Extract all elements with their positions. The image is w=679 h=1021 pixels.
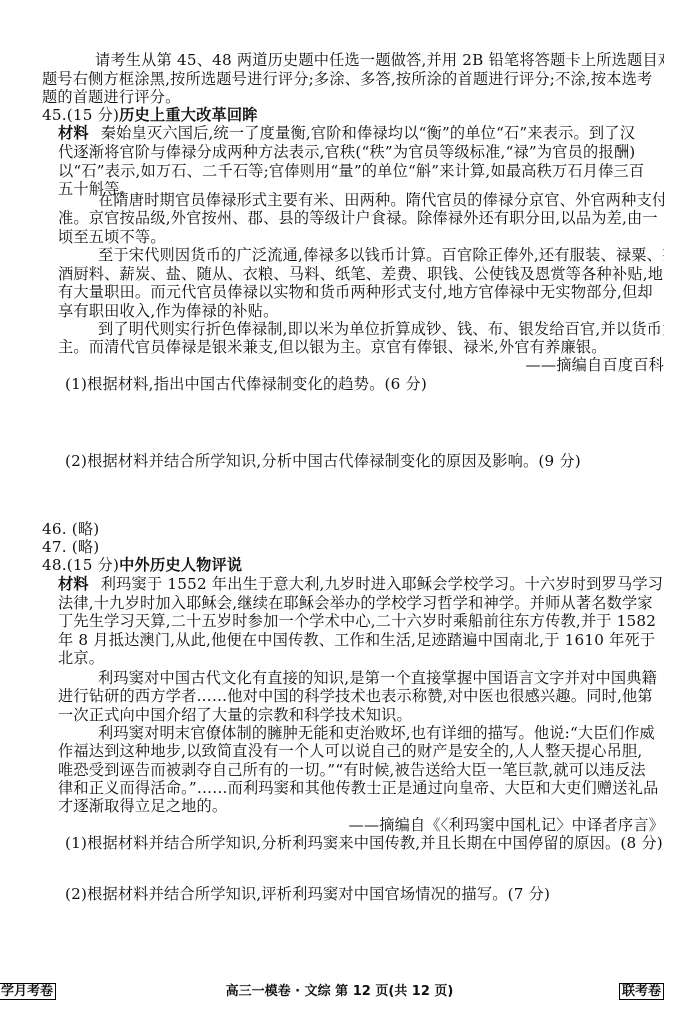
material-line: 准。京官按品级,外官按州、郡、县的等级计户食禄。除俸禄外还有职分田,以品为差,由… bbox=[58, 209, 664, 227]
question-title: 历史上重大改革回眸 bbox=[119, 106, 258, 124]
material-line: 主。而清代官员俸禄是银米兼支,但以银为主。京官有俸银、禄米,外官有养廉银。 bbox=[58, 338, 664, 356]
material-line: 才逐渐取得立足之地的。 bbox=[58, 797, 664, 815]
sub-question-1: (1)根据材料并结合所学知识,分析利玛窦来中国传教,并且长期在中国停留的原因。(… bbox=[65, 834, 664, 852]
material-line: 利玛窦对中国古代文化有直接的知识,是第一个直接掌握中国语言文字并对中国典籍 bbox=[98, 669, 664, 687]
material-line: 酒厨料、薪炭、盐、随从、衣粮、马料、纸笔、差费、职钱、公使钱及恩赏等各种补贴,地… bbox=[58, 265, 664, 283]
instructions-line: 请考生从第 45、48 两道历史题中任选一题做答,并用 2B 铅笔将答题卡上所选… bbox=[95, 51, 664, 69]
source-citation: ——摘编自《〈利玛窦中国札记〉中译者序言》 bbox=[42, 816, 664, 834]
material-line: 代逐渐将官阶与俸禄分成两种方法表示,官秩(“秩”为官员等级标准,“禄”为官员的报… bbox=[58, 143, 664, 161]
question-number: 45. bbox=[42, 106, 67, 124]
material-line: 法律,十九岁时加入耶稣会,继续在耶稣会举办的学校学习哲学和神学。并师从著名数学家 bbox=[58, 594, 664, 612]
right-badge-text: 联考卷 bbox=[619, 983, 664, 1000]
material-line: 丁先生学习天算,二十五岁时参加一个学术中心,二十六岁时乘船前往东方传教,并于 1… bbox=[58, 612, 664, 630]
question-points: (15 分) bbox=[67, 106, 119, 124]
material-line: 利玛窦对明末官僚体制的臃肿无能和吏治败坏,也有详细的描写。他说:“大臣们作威 bbox=[98, 724, 664, 742]
source-citation: ——摘编自百度百科 bbox=[42, 356, 664, 374]
instructions-line: 题的首题进行评分。 bbox=[42, 88, 664, 106]
material-text: 秦始皇灭六国后,统一了度量衡,官阶和俸禄均以“衡”的单位“石”来表示。到了汉 bbox=[101, 124, 635, 142]
footer-right-badge: 联考卷 bbox=[619, 984, 664, 1000]
material-line: 顷至五顷不等。 bbox=[58, 228, 664, 246]
material-line: 到了明代则实行折色俸禄制,即以米为单位折算成钞、钱、布、银发给百官,并以货币为 bbox=[98, 320, 664, 338]
material-line: 享有职田收入,作为俸禄的补贴。 bbox=[58, 302, 664, 320]
material-label: 材料 bbox=[58, 124, 89, 142]
material-label: 材料 bbox=[58, 575, 89, 593]
material-line: 律和正义而得活命。”……而利玛窦和其他传教士正是通过向皇帝、大臣和大吏们赠送礼品 bbox=[58, 779, 664, 797]
material-line: 材料利玛窦于 1552 年出生于意大利,九岁时进入耶稣会学校学习。十六岁时到罗马… bbox=[58, 575, 664, 593]
question-45-header: 45.(15 分)历史上重大改革回眸 bbox=[42, 106, 664, 124]
material-line: 一次正式向中国介绍了大量的宗教和科学技术知识。 bbox=[58, 706, 664, 724]
question-47: 47. (略) bbox=[42, 538, 664, 556]
sub-question-2: (2)根据材料并结合所学知识,评析利玛窦对中国官场情况的描写。(7 分) bbox=[65, 885, 664, 903]
material-line: 年 8 月抵达澳门,从此,他便在中国传教、工作和生活,足迹踏遍中国南北,于 16… bbox=[58, 631, 664, 649]
question-points: (15 分) bbox=[67, 556, 119, 574]
material-line: 唯恐受到诬告而被剥夺自己所有的一切。”“有时候,被告送给大臣一笔巨款,就可以违反… bbox=[58, 761, 664, 779]
page-footer: 高三一模卷 · 文综 第 12 页(共 12 页) bbox=[0, 984, 679, 1000]
material-line: 材料秦始皇灭六国后,统一了度量衡,官阶和俸禄均以“衡”的单位“石”来表示。到了汉 bbox=[58, 124, 664, 142]
material-line: 在隋唐时期官员俸禄形式主要有米、田两种。隋代官员的俸禄分京官、外官两种支付标 bbox=[98, 191, 664, 209]
material-line: 进行钻研的西方学者……他对中国的科学技术也表示称赞,对中医也很感兴趣。同时,他第 bbox=[58, 687, 664, 705]
material-line: 至于宋代则因货币的广泛流通,俸禄多以钱币计算。百官除正俸外,还有服装、禄粟、茶 bbox=[98, 246, 664, 264]
sub-question-1: (1)根据材料,指出中国古代俸禄制变化的趋势。(6 分) bbox=[65, 375, 664, 393]
material-line: 作福达到这种地步,以致简直没有一个人可以说自己的财产是安全的,人人整天提心吊胆, bbox=[58, 742, 664, 760]
instructions-line: 题号右侧方框涂黑,按所选题号进行评分;多涂、多答,按所涂的首题进行评分;不涂,按… bbox=[42, 70, 664, 88]
sub-question-2: (2)根据材料并结合所学知识,分析中国古代俸禄制变化的原因及影响。(9 分) bbox=[65, 452, 664, 470]
question-46: 46. (略) bbox=[42, 520, 664, 538]
material-line: 以“石”表示,如万石、二千石等;官俸则用“量”的单位“斛”来计算,如最高秩万石月… bbox=[58, 162, 664, 180]
material-text: 利玛窦于 1552 年出生于意大利,九岁时进入耶稣会学校学习。十六岁时到罗马学习 bbox=[101, 575, 663, 593]
material-line: 有大量职田。而元代官员俸禄以实物和货币两种形式支付,地方官俸禄中无实物部分,但却 bbox=[58, 283, 664, 301]
question-number: 48. bbox=[42, 556, 67, 574]
question-title: 中外历史人物评说 bbox=[119, 556, 242, 574]
question-48-header: 48.(15 分)中外历史人物评说 bbox=[42, 556, 664, 574]
material-line: 北京。 bbox=[58, 649, 664, 667]
